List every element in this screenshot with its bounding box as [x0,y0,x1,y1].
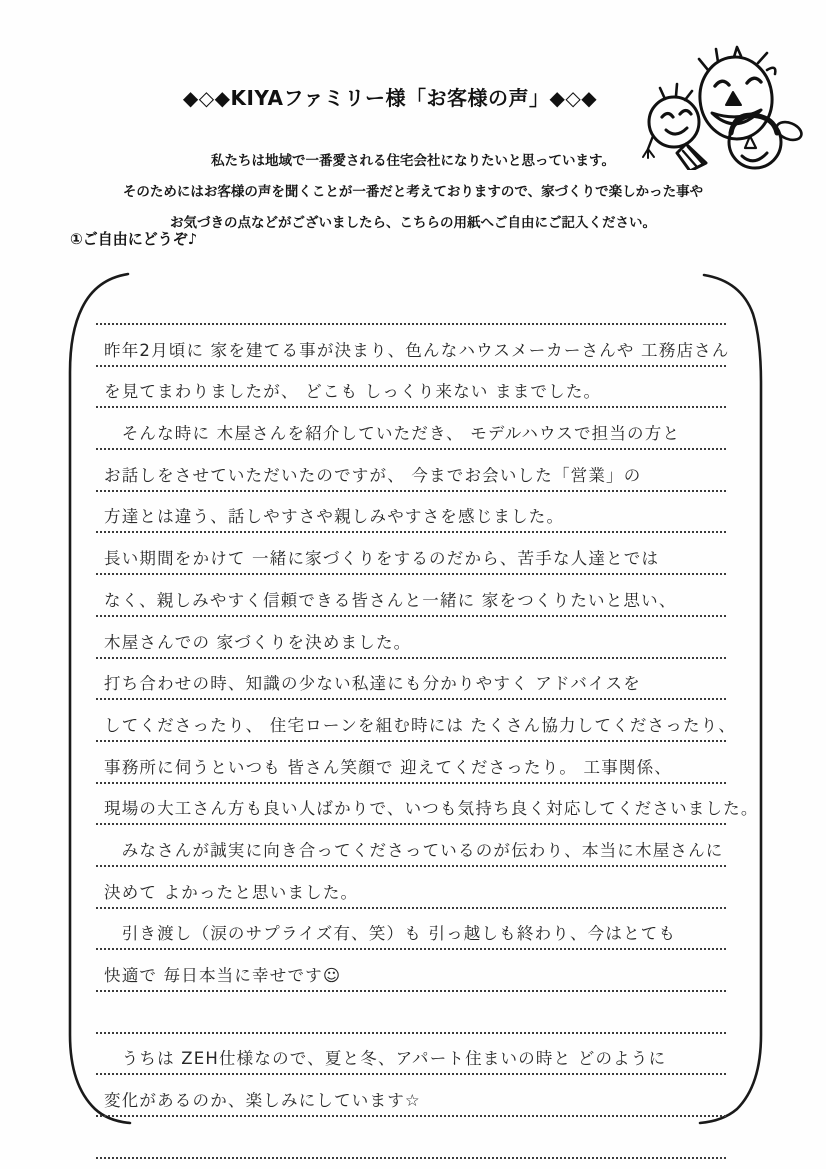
handwritten-line: 打ち合わせの時、知識の少ない私達にも分かりやすく アドバイスを [96,659,726,701]
handwritten-line: そんな時に 木屋さんを紹介していただき、 モデルハウスで担当の方と [96,408,726,450]
intro-line-1: 私たちは地域で一番愛される住宅会社になりたいと思っています。 [0,146,826,177]
handwritten-line [96,1117,726,1159]
handwritten-line: うちは ZEH仕様なので、夏と冬、アパート住まいの時と どのように [96,1034,726,1076]
handwritten-line: 快適で 毎日本当に幸せです☺ [96,950,726,992]
handwritten-line: みなさんが誠実に向き合ってくださっているのが伝わり、本当に木屋さんに [96,825,726,867]
handwritten-line: してくださったり、 住宅ローンを組む時には たくさん協力してくださったり、 [96,700,726,742]
handwritten-line: を見てまわりましたが、 どこも しっくり来ない ままでした。 [96,367,726,409]
intro-line-2: そのためにはお客様の声を聞くことが一番だと考えておりますので、家づくりで楽しかっ… [0,177,826,208]
handwritten-line: 変化があるのか、楽しみにしています☆ [96,1075,726,1117]
intro-paragraph: 私たちは地域で一番愛される住宅会社になりたいと思っています。 そのためにはお客様… [0,146,826,239]
handwritten-line: 事務所に伺うといつも 皆さん笑顔で 迎えてくださったり。 工事関係、 [96,742,726,784]
handwritten-line: お話しをさせていただいたのですが、 今までお会いした「営業」の [96,450,726,492]
handwritten-line: 昨年2月頃に 家を建てる事が決まり、色んなハウスメーカーさんや 工務店さん [96,325,726,367]
handwritten-line: 長い期間をかけて 一緒に家づくりをするのだから、苦手な人達とでは [96,533,726,575]
handwritten-rows: 昨年2月頃に 家を建てる事が決まり、色んなハウスメーカーさんや 工務店さんを見て… [96,323,726,1159]
handwritten-line [96,992,726,1034]
handwritten-line: 決めて よかったと思いました。 [96,867,726,909]
handwritten-line: 現場の大工さん方も良い人ばかりで、いつも気持ち良く対応してくださいました。 [96,784,726,826]
handwritten-line: 引き渡し（涙のサプライズ有、笑）も 引っ越しも終わり、今はとても [96,909,726,951]
handwritten-line: なく、親しみやすく信頼できる皆さんと一緒に 家をつくりたいと思い、 [96,575,726,617]
handwritten-line: 木屋さんでの 家づくりを決めました。 [96,617,726,659]
handwritten-line: 方達とは違う、話しやすさや親しみやすさを感じました。 [96,492,726,534]
scanned-feedback-sheet: ◆◇◆KIYAファミリー様「お客様の声」◆◇◆ 私たちは地域で一番愛 [0,0,826,1169]
free-comment-prompt: ①ご自由にどうぞ♪ [70,228,197,249]
